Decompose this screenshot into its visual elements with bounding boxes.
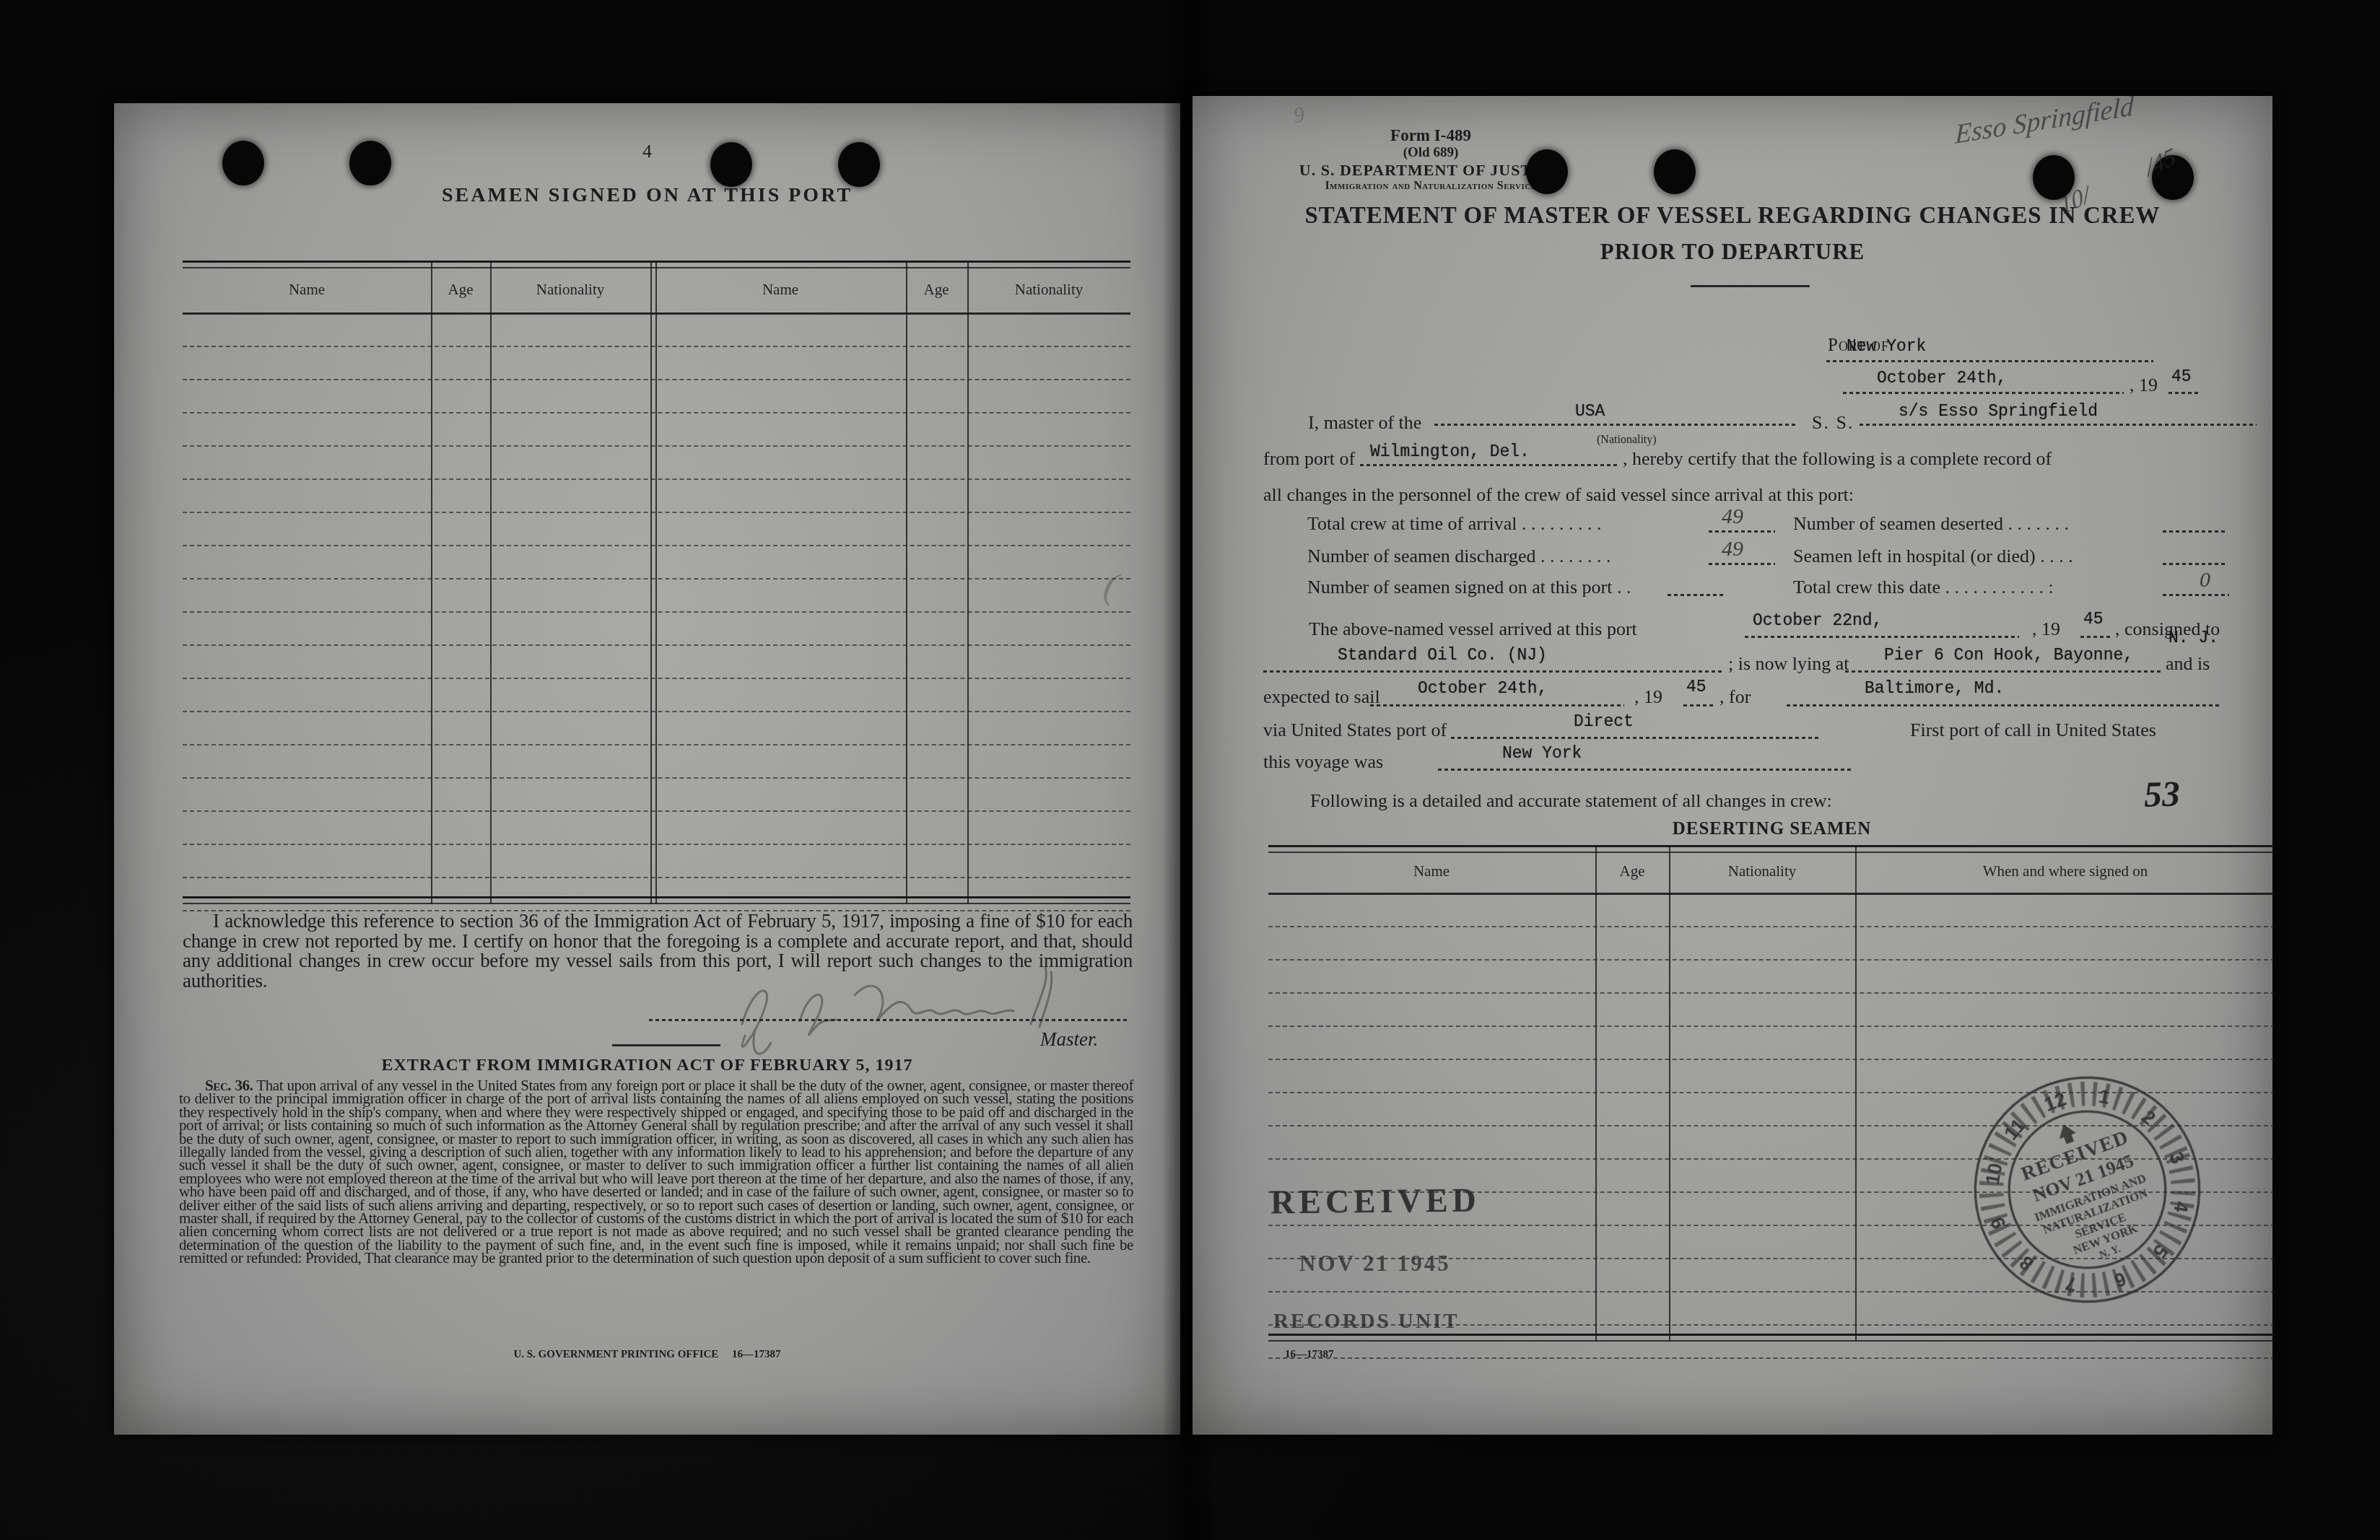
column-header: Nationality <box>536 281 604 299</box>
stat-label: Number of seamen deserted . . . . . . . <box>1793 513 2069 535</box>
column-header: Name <box>762 281 798 299</box>
stat-label: Number of seamen signed on at this port … <box>1307 577 1631 598</box>
consignee-value: Standard Oil Co. (NJ) <box>1338 646 1547 665</box>
master-label: Master. <box>1040 1028 1098 1051</box>
punch-hole <box>1654 149 1696 194</box>
dial-number: 10 <box>1982 1161 2007 1186</box>
sail-year: 45 <box>1686 678 1706 696</box>
page-number: 4 <box>114 141 1180 162</box>
stat-fill-line <box>1709 530 1775 533</box>
certify-text: , hereby certify that the following is a… <box>1623 448 2052 470</box>
via-fill-line <box>1451 737 1819 739</box>
voyage-fill-line <box>1438 769 1852 771</box>
voyage-value: New York <box>1502 744 1582 763</box>
consignee-fill-line <box>1263 670 1722 673</box>
extract-body: That upon arrival of any vessel in the U… <box>179 1077 1133 1266</box>
arrival-year-line <box>2080 636 2111 638</box>
column-header: Age <box>924 281 949 299</box>
column-header: Age <box>1620 862 1645 880</box>
signature-line <box>649 1019 1127 1021</box>
nationality-caption: (Nationality) <box>1597 434 1657 447</box>
received-date-stamp: NOV 21 1945 <box>1299 1251 1451 1277</box>
year-fill-line <box>2168 392 2199 394</box>
first-port-label: First port of call in United States <box>1910 719 2156 741</box>
sail-year-line <box>1683 704 1714 706</box>
changes-line: all changes in the personnel of the crew… <box>1263 484 1854 506</box>
nationality-fill-line <box>1434 424 1797 426</box>
port-fill-line <box>1826 360 2153 362</box>
extract-paragraph: Sec. 36. That upon arrival of any vessel… <box>179 1079 1133 1265</box>
handwritten-vessel-name: Esso Springfield <box>1955 90 2134 151</box>
form-number: Form I-489 <box>1250 126 1611 145</box>
column-header: Age <box>448 281 474 299</box>
via-value: Direct <box>1574 712 1634 731</box>
from-port-fill-line <box>1360 464 1618 466</box>
stat-value-handwritten: 49 <box>1722 504 1743 529</box>
and-is-label: and is <box>2166 653 2210 675</box>
stat-fill-line <box>1668 594 1725 596</box>
dial-number: 3 <box>2165 1149 2189 1166</box>
handwritten-count: 53 <box>2143 772 2181 815</box>
column-header: Nationality <box>1728 862 1796 880</box>
scanned-document-spread: 4 SEAMEN SIGNED ON AT THIS PORT Name Age… <box>0 0 2380 1540</box>
stat-fill-line <box>2163 563 2226 565</box>
year-value: 45 <box>2171 367 2192 386</box>
sail-date: October 24th, <box>1418 679 1547 698</box>
voyage-label: this voyage was <box>1263 751 1383 773</box>
seamen-signed-on-table: Name Age Nationality Name Age Nationalit… <box>183 261 1130 904</box>
print-code: 16—17387 <box>732 1349 781 1360</box>
dial-number: 8 <box>2015 1251 2038 1275</box>
column-header: Name <box>1413 862 1450 880</box>
left-page: 4 SEAMEN SIGNED ON AT THIS PORT Name Age… <box>114 103 1180 1435</box>
short-line <box>612 1044 720 1046</box>
date-fill-line <box>1843 392 2124 394</box>
dial-number: 7 <box>2064 1272 2078 1295</box>
from-port-value: Wilmington, Del. <box>1370 442 1530 461</box>
pencil-mark: 9 <box>1291 102 1307 128</box>
extract-title: EXTRACT FROM IMMIGRATION ACT OF FEBRUARY… <box>114 1056 1180 1075</box>
print-office: U. S. GOVERNMENT PRINTING OFFICE <box>513 1349 718 1360</box>
form-title-line1: STATEMENT OF MASTER OF VESSEL REGARDING … <box>1193 203 2272 229</box>
left-page-title: SEAMEN SIGNED ON AT THIS PORT <box>114 184 1180 207</box>
year-prefix: , 19 <box>2130 375 2158 396</box>
stat-fill-line <box>2163 530 2226 533</box>
lying-label: ; is now lying at <box>1728 653 1849 675</box>
lying-value-suffix: N. J. <box>2168 629 2218 647</box>
sail-label: expected to sail <box>1263 686 1380 708</box>
form-title-line2: PRIOR TO DEPARTURE <box>1193 239 2272 265</box>
received-stamp: RECEIVED <box>1270 1181 1481 1221</box>
arrival-label: The above-named vessel arrived at this p… <box>1309 618 1637 640</box>
master-line-label: I, master of the <box>1308 412 1421 434</box>
records-unit-stamp: RECORDS UNIT <box>1273 1310 1460 1334</box>
nationality-value: USA <box>1575 402 1605 421</box>
following-line: Following is a detailed and accurate sta… <box>1310 790 1832 812</box>
from-port-label: from port of <box>1263 448 1355 470</box>
dial-number: 1 <box>2097 1085 2111 1108</box>
print-office-footer: U. S. GOVERNMENT PRINTING OFFICE 16—1738… <box>114 1349 1180 1361</box>
vessel-value: s/s Esso Springfield <box>1899 402 2098 421</box>
right-page: 9 Form I-489 (Old 689) U. S. DEPARTMENT … <box>1193 96 2272 1435</box>
table-top-rule <box>1268 845 2275 853</box>
empty-rows <box>183 314 1130 911</box>
arrival-year: 45 <box>2083 610 2104 629</box>
stat-fill-line <box>2163 594 2229 596</box>
lying-fill-line <box>1845 670 2161 673</box>
stat-label: Total crew this date . . . . . . . . . .… <box>1793 577 2054 598</box>
arrival-date: October 22nd, <box>1753 611 1882 630</box>
lying-value: Pier 6 Con Hook, Bayonne, <box>1884 646 2133 665</box>
deserting-title: DESERTING SEAMEN <box>1268 819 2275 839</box>
dial-number: 4 <box>2169 1200 2192 1215</box>
stat-label: Number of seamen discharged . . . . . . … <box>1307 546 1610 567</box>
stat-value-handwritten: 49 <box>1722 537 1743 561</box>
ss-label: S. S. <box>1812 412 1854 434</box>
column-header: Nationality <box>1015 281 1083 299</box>
via-label: via United States port of <box>1263 719 1447 741</box>
date-value: October 24th, <box>1877 369 2006 388</box>
sail-year-prefix: , 19 <box>1634 686 1662 708</box>
vessel-fill-line <box>1860 424 2257 426</box>
master-signature <box>713 955 1089 1070</box>
stat-label: Seamen left in hospital (or died) . . . … <box>1793 546 2073 567</box>
stat-fill-line <box>1709 563 1775 565</box>
stat-value-handwritten: 0 <box>2200 568 2210 592</box>
column-header: Name <box>289 281 325 299</box>
destination-fill-line <box>1787 704 2220 706</box>
punch-hole <box>1526 149 1568 194</box>
column-header: When and where signed on <box>1983 862 2148 880</box>
destination-value: Baltimore, Md. <box>1865 679 2004 698</box>
sail-fill-line <box>1370 704 1624 706</box>
arrival-fill-line <box>1745 636 2019 638</box>
print-code: 16—17387 <box>1285 1349 1334 1361</box>
stamp-arrow-icon <box>2055 1121 2078 1146</box>
for-label: , for <box>1719 686 1751 708</box>
arrival-year-prefix: , 19 <box>2032 618 2060 640</box>
title-underline <box>1691 285 1810 287</box>
port-value: New York <box>1847 337 1926 356</box>
stat-label: Total crew at time of arrival . . . . . … <box>1307 513 1602 535</box>
